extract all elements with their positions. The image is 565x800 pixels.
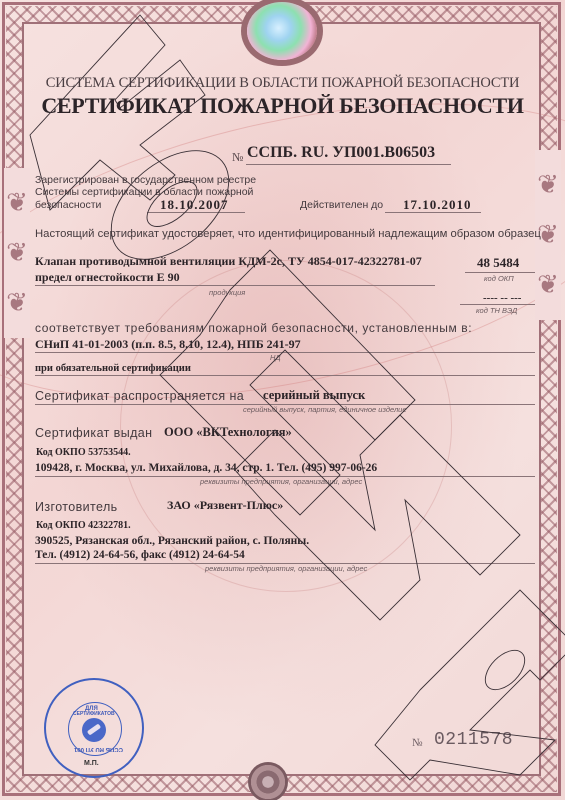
normative-docs: СНиП 41-01-2003 (п.п. 8.5, 8.10, 12.4), … [35, 337, 301, 352]
certificate-page: ❦ ❦ ❦ ❦ ❦ ❦ СИСТЕМА СЕРТИФИКАЦИИ В ОБЛАС… [0, 0, 565, 800]
certificate-title: СЕРТИФИКАТ ПОЖАРНОЙ БЕЗОПАСНОСТИ [0, 93, 565, 119]
fleur-ornament-icon: ❦ [537, 270, 559, 300]
hologram-emblem-icon [247, 2, 317, 60]
fleur-ornament-icon: ❦ [6, 188, 28, 218]
issued-to-caption: реквизиты предприятия, организации, адре… [200, 477, 362, 486]
issued-to-label: Сертификат выдан [35, 426, 152, 440]
conformity-text: соответствует требованиям пожарной безоп… [35, 321, 472, 335]
left-ornament-panel: ❦ ❦ ❦ [4, 168, 30, 338]
norms-underline [35, 352, 535, 353]
tnved-code: ---- -- --- [483, 292, 521, 304]
serial-number: 0211578 [434, 730, 513, 750]
okp-caption: код ОКП [484, 274, 514, 283]
valid-until-label: Действителен до [300, 199, 383, 211]
manufacturer-okpo: Код ОКПО 42322781. [36, 520, 131, 531]
product-line-2: предел огнестойкости Е 90 [35, 270, 180, 285]
tnved-caption: код ТН ВЭД [476, 306, 517, 315]
scope-caption: серийный выпуск, партия, единичное издел… [243, 405, 407, 414]
system-title: СИСТЕМА СЕРТИФИКАЦИИ В ОБЛАСТИ ПОЖАРНОЙ … [0, 75, 565, 92]
manufacturer-address-1: 390525, Рязанская обл., Рязанский район,… [35, 535, 309, 547]
manufacturer-address-2: Тел. (4912) 24-64-56, факс (4912) 24-64-… [35, 549, 245, 561]
fleur-ornament-icon: ❦ [6, 238, 28, 268]
registration-date: 18.10.2007 [160, 197, 229, 213]
registration-date-underline [147, 212, 245, 213]
product-line-1: Клапан противодымной вентиляции КДМ-2с, … [35, 254, 422, 269]
mandatory-underline [35, 375, 535, 376]
serial-sign: № [412, 737, 423, 749]
manufacturer-label: Изготовитель [35, 500, 118, 514]
product-caption: продукция [209, 288, 245, 297]
manufacturer-caption: реквизиты предприятия, организации, адре… [205, 564, 367, 573]
issued-to-address: 109428, г. Москва, ул. Михайлова, д. 34,… [35, 462, 377, 474]
seal-logo-icon [82, 718, 106, 742]
scope-value: серийный выпуск [263, 388, 365, 403]
official-seal: ДЛЯ СЕРТИФИКАТОВ ССПБ RU УП 001 М.П. [44, 678, 144, 778]
product-underline [35, 285, 435, 286]
valid-until-underline [385, 212, 481, 213]
issued-to-okpo: Код ОКПО 53753544. [36, 447, 131, 458]
registration-label-3: безопасности [35, 199, 101, 211]
seal-center-bottom: СЕРТИФИКАТОВ [73, 711, 115, 717]
registration-label-1: Зарегистрирован в государственном реестр… [35, 174, 256, 186]
norms-caption: НД [270, 353, 281, 362]
certifies-text: Настоящий сертификат удостоверяет, что и… [35, 228, 541, 240]
number-underline [246, 164, 451, 165]
okp-underline [465, 272, 535, 273]
manufacturer-name: ЗАО «Рязвент-Плюс» [167, 498, 283, 513]
okp-code: 48 5484 [477, 255, 519, 271]
valid-until-date: 17.10.2010 [403, 197, 472, 213]
certificate-number: ССПБ. RU. УП001.В06503 [247, 144, 435, 162]
fleur-ornament-icon: ❦ [6, 288, 28, 318]
scope-label: Сертификат распространяется на [35, 389, 244, 403]
number-sign: № [232, 150, 243, 165]
seal-code: ССПБ RU УП 001 [74, 746, 123, 752]
seal-mp: М.П. [84, 760, 99, 767]
fleur-ornament-icon: ❦ [537, 170, 559, 200]
mandatory-certification: при обязательной сертификации [35, 363, 191, 374]
issued-to-name: ООО «ВКТехнология» [164, 425, 292, 440]
tnved-underline [460, 304, 535, 305]
bottom-rosette-icon [248, 762, 288, 800]
